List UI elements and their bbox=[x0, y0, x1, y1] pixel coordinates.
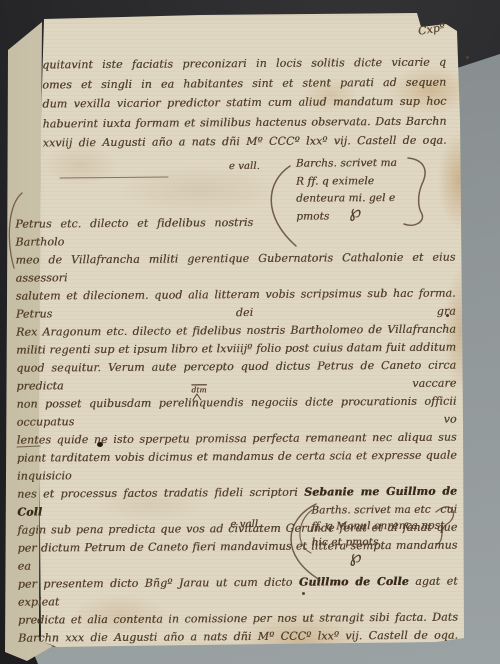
handwriting-layer: Cxpº quitavint iste faciatis preconizari… bbox=[0, 0, 500, 664]
manuscript-line: per presentem dicto Bñgº Jarau ut cum di… bbox=[18, 573, 458, 612]
line-text: meo de Villafrancha militi gerentique Gu… bbox=[15, 251, 455, 285]
sig-line: Barchs. scrivet ma bbox=[296, 155, 426, 173]
line-text: nes et processus factos tradatis fideli … bbox=[17, 486, 304, 501]
sig-line: ff. q Manul onrenca nost bbox=[311, 518, 451, 535]
folio-number: Cxpº bbox=[417, 21, 446, 38]
line-text: Barchn xxx die Augusti año a nats dñi Mº… bbox=[18, 629, 458, 645]
manuscript-line: quod sequitur. Verum aute percepto quod … bbox=[16, 357, 456, 396]
manuscript-line: dum vexilla vicarior predictor statim cu… bbox=[42, 92, 446, 114]
manuscript-line: xxviij die Augusti año a nats dñi Mº CCC… bbox=[43, 131, 447, 153]
ink-speck bbox=[466, 56, 469, 59]
manuscript-line: salutem et dilecionem. quod alia littera… bbox=[16, 285, 456, 324]
paragraph-1: quitavint iste faciatis preconizari in l… bbox=[42, 53, 447, 153]
line-text: salutem et dilecionem. quod alia littera… bbox=[16, 287, 456, 321]
manuscript-line: quitavint iste faciatis preconizari in l… bbox=[42, 53, 446, 75]
signature-block-2: Barths. scrivet ma etc ff. q Manul onren… bbox=[311, 502, 451, 551]
paraph-icon: ℘ bbox=[350, 547, 362, 567]
line-text: Rex Aragonum etc. dilecto et fidelibus n… bbox=[16, 323, 456, 339]
manuscript-line: Petrus etc. dilecto et fidelibus nostris… bbox=[15, 214, 253, 252]
line-text: per presentem dicto Bñgº Jarau ut cum di… bbox=[18, 576, 299, 591]
line-text: predicta et alia contenta in comissione … bbox=[18, 611, 458, 627]
ink-speck bbox=[302, 592, 305, 595]
line-text: quod sequitur. Verum aute percepto quod … bbox=[16, 359, 456, 393]
vidit-mark-1: e vall. bbox=[229, 161, 260, 172]
line-text: lentes quide ne isto sperpetu promissa p… bbox=[17, 431, 457, 447]
ink-blot bbox=[97, 442, 103, 447]
interlinear-addition: dtm bbox=[191, 385, 206, 394]
manuscript-line: piant tarditatem vobis dicimus et mandam… bbox=[17, 447, 457, 486]
emphasized-name: Guillmo de Colle bbox=[299, 575, 409, 589]
paragraph-2: Petrus etc. dilecto et fidelibus nostris… bbox=[15, 213, 458, 648]
sig-line: R ff. q eximele bbox=[296, 172, 426, 190]
sig-line: Barths. scrivet ma etc bbox=[311, 502, 451, 519]
sig-line: hic et pmots bbox=[311, 534, 451, 551]
line-text: militi regenti sup et ipsum libro et lxv… bbox=[16, 341, 456, 357]
manuscript-line: Barchn xxx die Augusti año a nats dñi Mº… bbox=[18, 627, 458, 648]
line-text: piant tarditatem vobis dicimus et mandam… bbox=[17, 449, 457, 483]
manuscript-line: meo de Villafrancha militi gerentique Gu… bbox=[15, 249, 455, 288]
vidit-mark-2: e vall. bbox=[230, 519, 261, 530]
line-text: non posset quibusdam perelinquendis nego… bbox=[16, 395, 456, 429]
manuscript-line: non posset quibusdam perelinquendis nego… bbox=[16, 393, 456, 432]
manuscript-photo: Cxpº quitavint iste faciatis preconizari… bbox=[0, 0, 500, 664]
line-text: Petrus etc. dilecto et fidelibus nostris… bbox=[15, 216, 253, 249]
ink-speck bbox=[446, 314, 449, 317]
